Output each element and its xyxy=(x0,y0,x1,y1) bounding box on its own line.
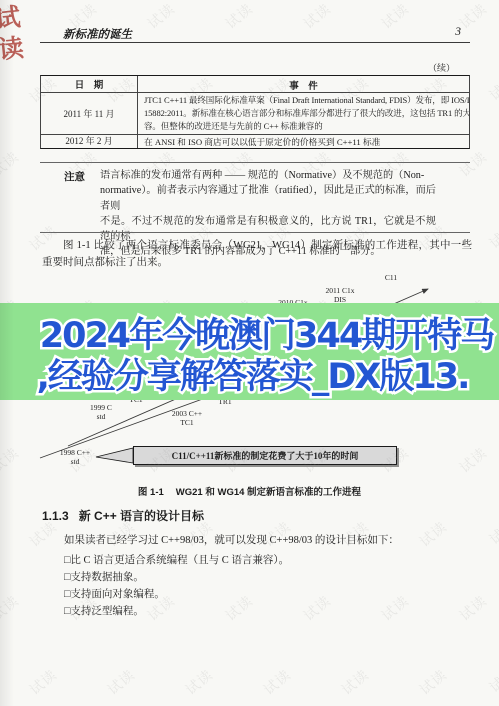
faint-stamp: 试读 xyxy=(485,228,499,268)
list-item: □支持泛型编程。 xyxy=(64,603,474,620)
list-item: □支持面向对象编程。 xyxy=(64,586,474,603)
callout-box: C11/C++11新标准的制定花费了大于10年的时间 xyxy=(133,446,397,465)
cell-event: JTC1 C++11 最终国际化标准草案（Final Draft Interna… xyxy=(138,93,469,134)
timeline-milestone-label: 1999 C std xyxy=(90,404,112,421)
faint-stamp: 试读 xyxy=(25,665,61,700)
faint-stamp: 试读 xyxy=(0,443,23,478)
faint-stamp: 试读 xyxy=(485,524,499,564)
note-line: 语言标准的发布通常有两种 —— 规范的（Normative）及不规范的（Non- xyxy=(100,168,436,183)
list-item-text: 支持面向对象编程。 xyxy=(70,589,165,600)
faint-stamp: 试读 xyxy=(0,591,23,626)
col-header-event: 事 件 xyxy=(138,76,469,92)
faint-stamp: 试读 xyxy=(0,147,23,182)
faint-stamp: 试读 xyxy=(181,665,217,700)
scanned-book-page: 试读试读试读试读试读试读试读试读试读试读试读试读试读试读试读试读试读试读试读试读… xyxy=(0,0,499,706)
event-line: 15882:2011。新标准在核心语言部分和标准库部分都进行了很大的改进，这包括… xyxy=(144,107,463,120)
spam-watermark-line1: 2024年今晚澳门344期开特马 xyxy=(17,317,499,355)
spam-watermark-line2: ,经验分享解答落实_DX版13. xyxy=(3,358,499,396)
faint-stamp: 试读 xyxy=(455,147,491,182)
faint-stamp: 试读 xyxy=(455,443,491,478)
faint-stamp: 试读 xyxy=(299,0,335,33)
col-header-date: 日 期 xyxy=(41,76,138,92)
faint-stamp: 试读 xyxy=(143,0,179,33)
event-line: 容。但整体的改进还是与先前的 C++ 标准兼容的 xyxy=(144,120,463,133)
timeline-milestone-label: C11 xyxy=(385,274,397,283)
section-number: 1.1.3 xyxy=(42,509,69,523)
table-header-row: 日 期 事 件 xyxy=(41,76,469,92)
design-goals-list: □比 C 语言更适合系统编程（且与 C 语言兼容）。 □支持数据抽象。 □支持面… xyxy=(64,552,474,620)
cell-date: 2012 年 2 月 xyxy=(41,135,138,148)
figure-intro-paragraph: 图 1-1 比较了两个语言标准委员会（WG21，WG14）制定新标准的工作进程，… xyxy=(42,238,472,271)
corner-red-stamp: 试读 xyxy=(0,2,30,67)
section-title: 新 C++ 语言的设计目标 xyxy=(79,509,204,523)
page-number: 3 xyxy=(455,26,461,38)
section-intro: 如果读者已经学习过 C++98/03，就可以发现 C++98/03 的设计目标如… xyxy=(64,532,474,547)
figure-caption: 图 1-1WG21 和 WG14 制定新语言标准的工作进程 xyxy=(0,484,499,498)
event-line: JTC1 C++11 最终国际化标准草案（Final Draft Interna… xyxy=(144,94,463,107)
list-item: □比 C 语言更适合系统编程（且与 C 语言兼容）。 xyxy=(64,552,474,569)
faint-stamp: 试读 xyxy=(259,665,295,700)
events-table: 日 期 事 件 2011 年 11 月 JTC1 C++11 最终国际化标准草案… xyxy=(40,75,470,149)
faint-stamp: 试读 xyxy=(377,0,413,33)
figure-caption-text: WG21 和 WG14 制定新语言标准的工作进程 xyxy=(176,487,361,498)
list-item-text: 支持数据抽象。 xyxy=(70,572,144,583)
faint-stamp: 试读 xyxy=(415,665,451,700)
table-row: 2012 年 2 月 在 ANSI 和 ISO 商店可以以低于原定价的价格买到 … xyxy=(41,134,469,148)
note-label: 注意 xyxy=(64,169,85,184)
faint-stamp: 试读 xyxy=(103,665,139,700)
table-continued-mark: （续） xyxy=(428,61,455,74)
callout-pointer xyxy=(96,448,133,463)
timeline-milestone-label: 2003 C++ TC1 xyxy=(172,410,202,427)
faint-stamp: 试读 xyxy=(485,672,499,706)
faint-stamp: 试读 xyxy=(485,80,499,120)
timeline-milestone-label: 1998 C++ std xyxy=(60,449,90,466)
table-row: 2011 年 11 月 JTC1 C++11 最终国际化标准草案（Final D… xyxy=(41,92,469,134)
faint-stamp: 试读 xyxy=(65,443,101,478)
cell-event: 在 ANSI 和 ISO 商店可以以低于原定价的价格买到 C++11 标准 xyxy=(138,135,469,148)
note-line: normative）。前者表示内容通过了批准（ratified），因此是正式的标… xyxy=(100,183,436,214)
faint-stamp: 试读 xyxy=(221,0,257,33)
list-item-text: 支持泛型编程。 xyxy=(70,606,144,617)
section-heading: 1.1.3新 C++ 语言的设计目标 xyxy=(42,507,204,524)
figure-caption-number: 图 1-1 xyxy=(138,487,164,498)
note-rule-bottom xyxy=(40,232,470,233)
running-header-title: 新标准的诞生 xyxy=(63,26,132,42)
list-item: □支持数据抽象。 xyxy=(64,569,474,586)
cell-date: 2011 年 11 月 xyxy=(41,93,138,134)
note-rule-top xyxy=(40,162,470,163)
header-rule xyxy=(40,42,470,43)
list-item-text: 比 C 语言更适合系统编程（且与 C 语言兼容）。 xyxy=(70,555,289,566)
faint-stamp: 试读 xyxy=(337,665,373,700)
